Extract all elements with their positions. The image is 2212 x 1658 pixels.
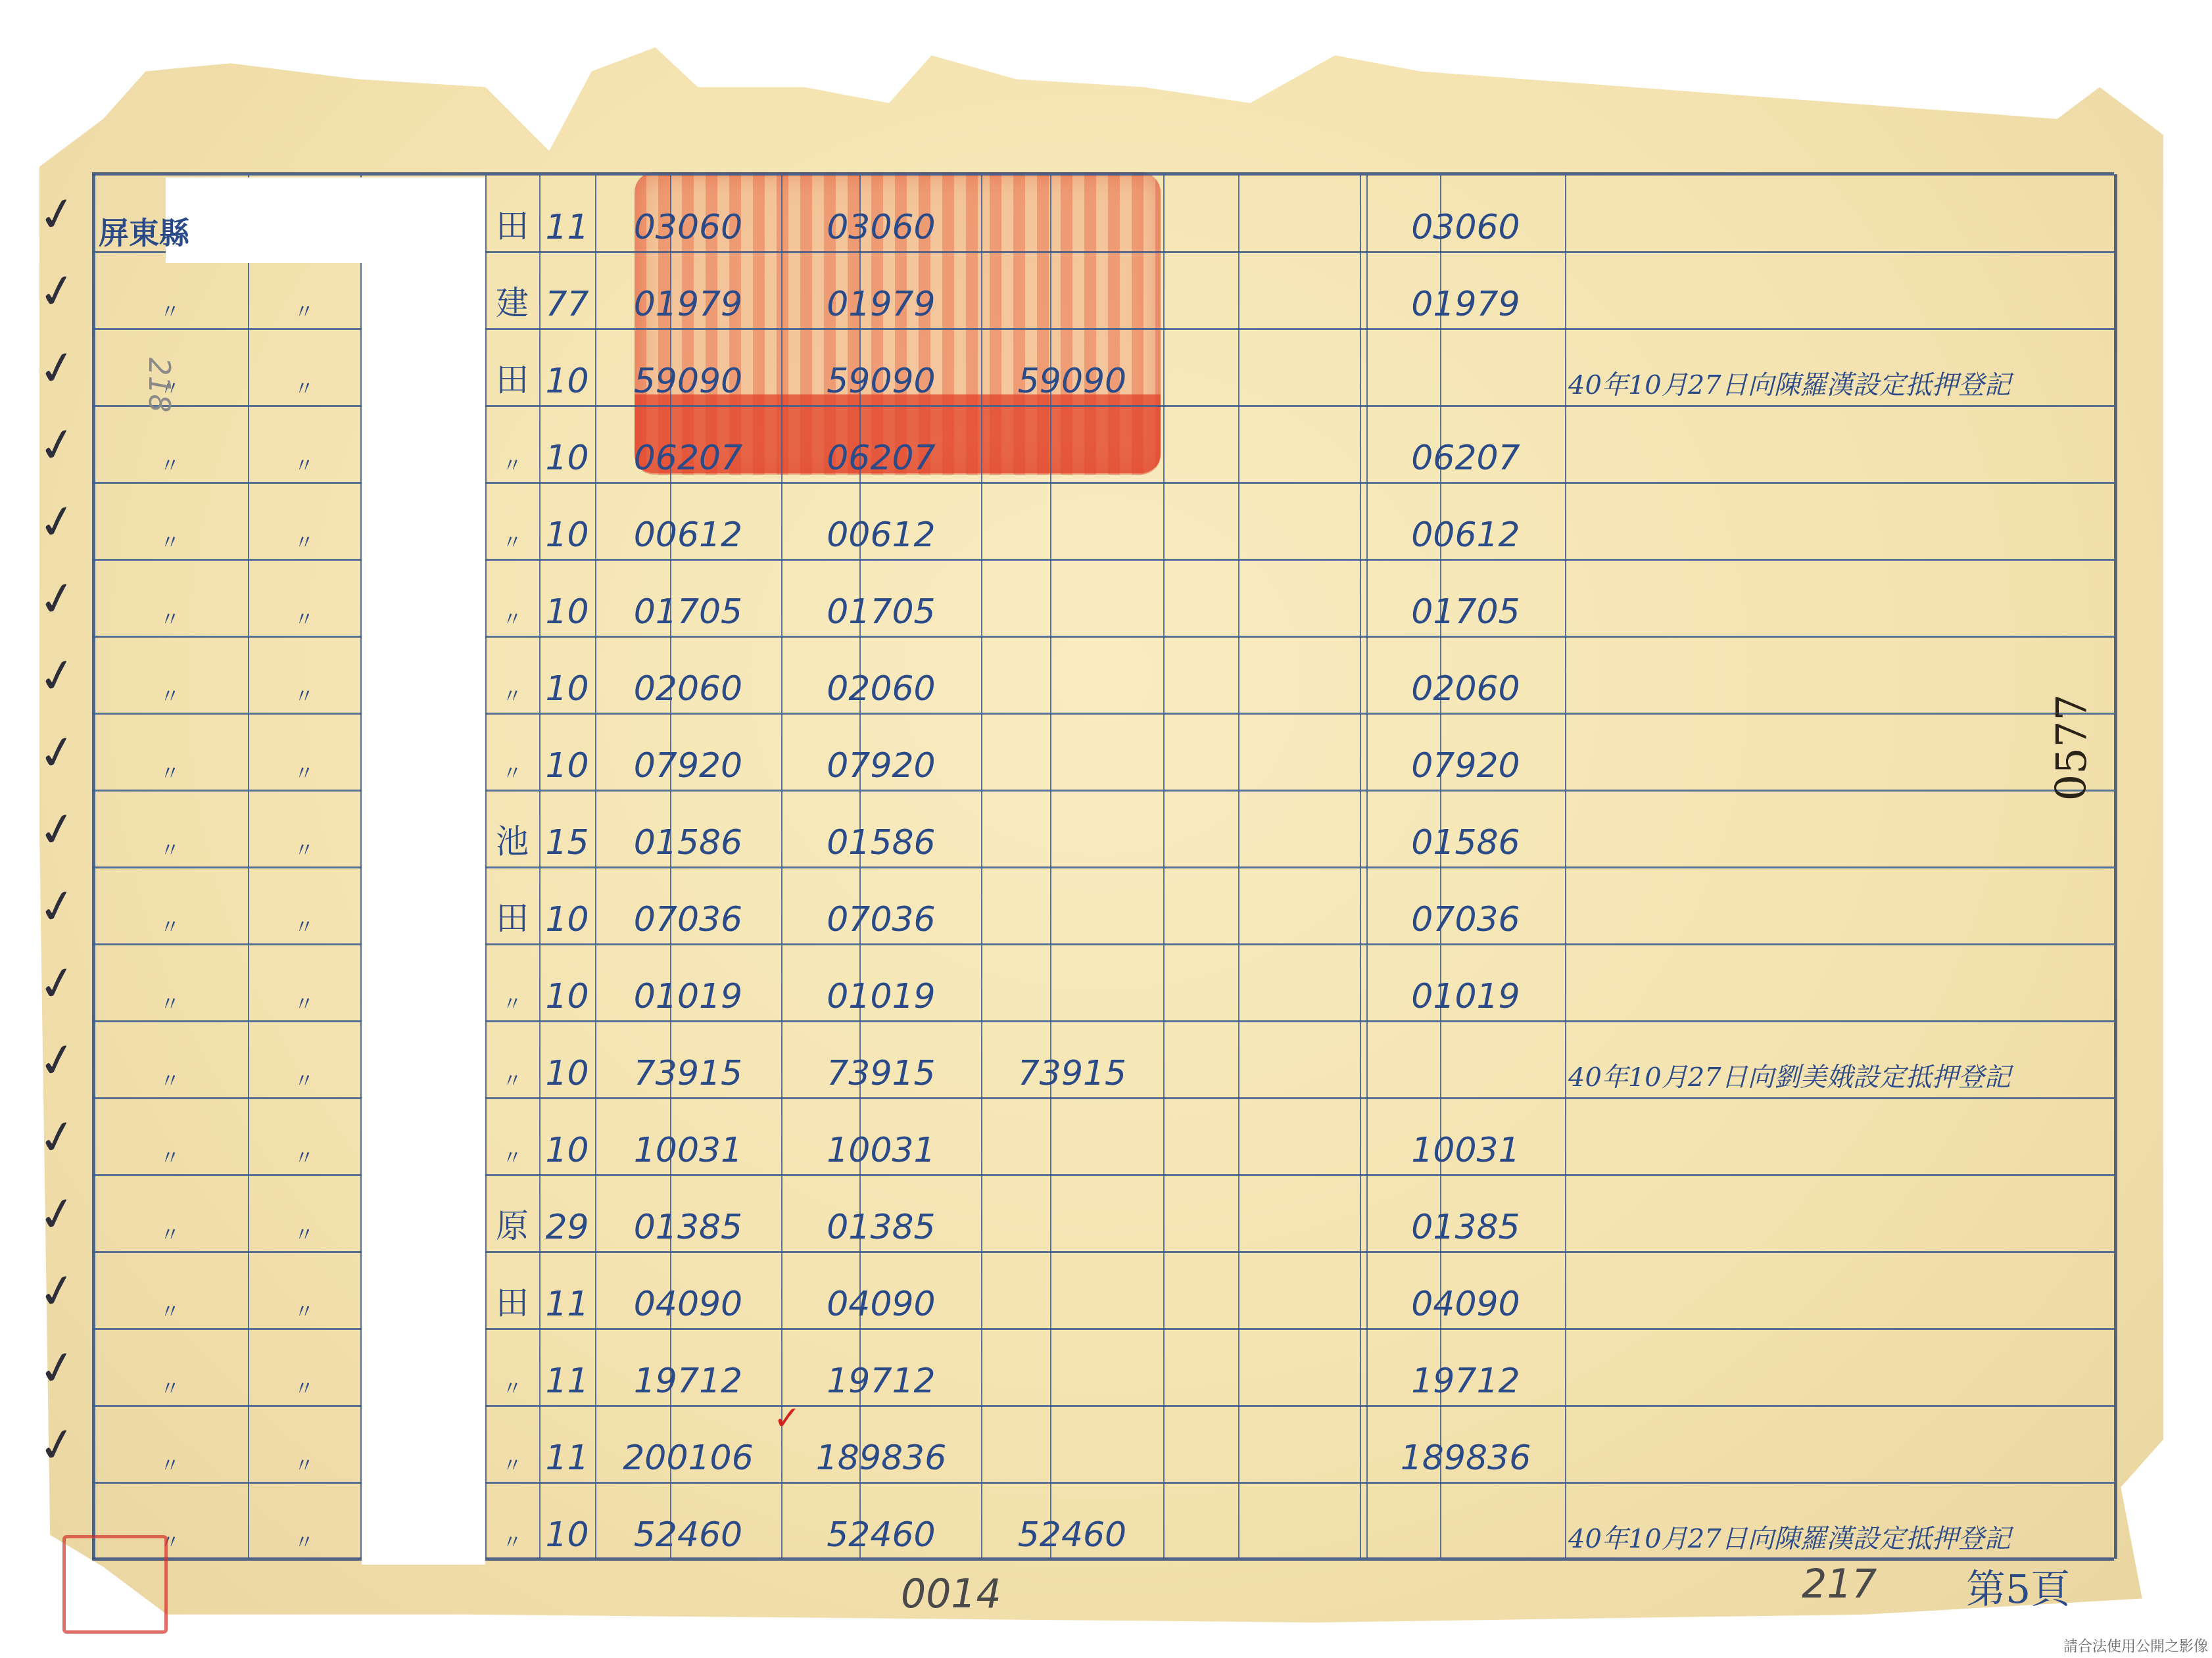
- page-label: 第5頁: [1966, 1558, 2070, 1615]
- cell-final-value: 07036: [1366, 866, 1565, 943]
- cell-final-value: [1366, 1020, 1565, 1097]
- cell-land-char: 〃: [485, 1405, 539, 1482]
- cell-grade: 11: [539, 1405, 595, 1482]
- cell-grade: 29: [539, 1174, 595, 1251]
- pencil-sheet-code: 0014: [901, 1571, 1001, 1617]
- cell-land-char: 原: [485, 1174, 539, 1251]
- cell-col-a: 〃: [92, 713, 248, 790]
- cell-col-b: 〃: [248, 1405, 360, 1482]
- cell-grade: 10: [539, 405, 595, 482]
- cell-final-value: 10031: [1366, 1097, 1565, 1174]
- cell-value-3: [981, 866, 1163, 943]
- cell-col-a: 〃: [92, 1251, 248, 1328]
- cell-value-2: 06207: [781, 405, 981, 482]
- cell-value-2: 01979: [781, 251, 981, 328]
- cell-grade: 10: [539, 1020, 595, 1097]
- cell-land-char: 〃: [485, 713, 539, 790]
- cell-col-a: 〃: [92, 790, 248, 866]
- cell-col-b: 〃: [248, 1328, 360, 1405]
- cell-land-char: 田: [485, 1251, 539, 1328]
- cell-value-1: 73915: [595, 1020, 781, 1097]
- cell-value-3: [981, 713, 1163, 790]
- cell-value-3: 52460: [981, 1482, 1163, 1559]
- cell-col-a: 〃: [92, 559, 248, 636]
- cell-grade: 10: [539, 866, 595, 943]
- cell-value-3: [981, 482, 1163, 559]
- pencil-page-number: 217: [1802, 1561, 1877, 1607]
- cell-land-char: 田: [485, 328, 539, 405]
- cell-land-char: 〃: [485, 943, 539, 1020]
- cell-grade: 10: [539, 636, 595, 713]
- cell-land-char: 建: [485, 251, 539, 328]
- cell-value-2: 00612: [781, 482, 981, 559]
- column-divider: [1565, 174, 1566, 1559]
- cell-col-a: 〃: [92, 482, 248, 559]
- cell-final-value: [1366, 1482, 1565, 1559]
- pencil-margin-note: 218: [142, 358, 176, 413]
- cell-value-1: 07036: [595, 866, 781, 943]
- cell-col-b: 〃: [248, 1097, 360, 1174]
- cell-value-2: 73915: [781, 1020, 981, 1097]
- cell-grade: 10: [539, 328, 595, 405]
- cell-col-a: 〃: [92, 943, 248, 1020]
- cell-value-1: 01705: [595, 559, 781, 636]
- column-divider: [1163, 174, 1165, 1559]
- cell-value-1: 00612: [595, 482, 781, 559]
- cell-value-3: [981, 174, 1163, 251]
- cell-col-b: 〃: [248, 482, 360, 559]
- cell-value-3: [981, 1405, 1163, 1482]
- cell-value-3: 59090: [981, 328, 1163, 405]
- cell-land-char: 田: [485, 866, 539, 943]
- cell-remark: 40年10月27日向劉美娥設定抵押登記: [1568, 1056, 2011, 1094]
- cell-value-1: 01385: [595, 1174, 781, 1251]
- redaction-column: [362, 178, 485, 1565]
- cell-col-b: 〃: [248, 866, 360, 943]
- cell-grade: 10: [539, 559, 595, 636]
- cell-grade: 11: [539, 1328, 595, 1405]
- cell-value-1: 01019: [595, 943, 781, 1020]
- cell-value-2: 189836: [781, 1405, 981, 1482]
- cell-final-value: 02060: [1366, 636, 1565, 713]
- cell-value-2: 04090: [781, 1251, 981, 1328]
- cell-col-a: 〃: [92, 866, 248, 943]
- cell-col-a: 〃: [92, 1020, 248, 1097]
- cell-value-1: 07920: [595, 713, 781, 790]
- red-check-mark: ✓: [773, 1399, 801, 1437]
- cell-col-b: 〃: [248, 790, 360, 866]
- cell-col-b: 〃: [248, 713, 360, 790]
- cell-grade: 15: [539, 790, 595, 866]
- cell-final-value: 01979: [1366, 251, 1565, 328]
- cell-final-value: 06207: [1366, 405, 1565, 482]
- cell-col-b: 〃: [248, 943, 360, 1020]
- cell-remark: 40年10月27日向陳羅漢設定抵押登記: [1568, 1518, 2011, 1555]
- cell-value-2: 07920: [781, 713, 981, 790]
- column-divider: [1238, 174, 1239, 1559]
- cell-value-2: 01385: [781, 1174, 981, 1251]
- cell-final-value: 01586: [1366, 790, 1565, 866]
- cell-value-1: 04090: [595, 1251, 781, 1328]
- cell-value-1: 52460: [595, 1482, 781, 1559]
- cell-grade: 11: [539, 174, 595, 251]
- cell-grade: 10: [539, 1097, 595, 1174]
- cell-value-1: 01586: [595, 790, 781, 866]
- cell-value-3: 73915: [981, 1020, 1163, 1097]
- cell-land-char: 池: [485, 790, 539, 866]
- cell-land-char: 〃: [485, 1097, 539, 1174]
- cell-value-2: 19712: [781, 1328, 981, 1405]
- cell-value-3: [981, 1328, 1163, 1405]
- cell-value-3: [981, 636, 1163, 713]
- cell-final-value: 01385: [1366, 1174, 1565, 1251]
- cell-col-a: 〃: [92, 1405, 248, 1482]
- cell-col-b: 〃: [248, 1174, 360, 1251]
- cell-value-1: 06207: [595, 405, 781, 482]
- cell-value-1: 10031: [595, 1097, 781, 1174]
- cell-col-b: 〃: [248, 1020, 360, 1097]
- cell-final-value: 01705: [1366, 559, 1565, 636]
- cell-value-2: 01019: [781, 943, 981, 1020]
- cell-value-3: [981, 943, 1163, 1020]
- cell-value-2: 02060: [781, 636, 981, 713]
- cell-value-1: 200106: [595, 1405, 781, 1482]
- cell-value-1: 02060: [595, 636, 781, 713]
- cell-col-b: 〃: [248, 405, 360, 482]
- cell-final-value: 00612: [1366, 482, 1565, 559]
- cell-value-2: 01586: [781, 790, 981, 866]
- cell-land-char: 〃: [485, 405, 539, 482]
- cell-final-value: 04090: [1366, 1251, 1565, 1328]
- cell-land-char: 〃: [485, 1020, 539, 1097]
- cell-col-b: 〃: [248, 636, 360, 713]
- cell-grade: 10: [539, 482, 595, 559]
- column-divider: [1360, 174, 1361, 1559]
- cell-final-value: 07920: [1366, 713, 1565, 790]
- cell-value-1: 03060: [595, 174, 781, 251]
- cell-value-3: [981, 405, 1163, 482]
- cell-col-a: 〃: [92, 636, 248, 713]
- cell-land-char: 〃: [485, 482, 539, 559]
- cell-value-2: 01705: [781, 559, 981, 636]
- cell-col-b: 〃: [248, 328, 360, 405]
- cell-value-2: 07036: [781, 866, 981, 943]
- cell-col-a: 〃: [92, 405, 248, 482]
- cell-land-char: 〃: [485, 1328, 539, 1405]
- cell-grade: 10: [539, 943, 595, 1020]
- table-border-right: [2114, 174, 2117, 1559]
- cell-col-a: 〃: [92, 1174, 248, 1251]
- cell-final-value: 19712: [1366, 1328, 1565, 1405]
- cell-remark: 40年10月27日向陳羅漢設定抵押登記: [1568, 364, 2011, 402]
- watermark: 請合法使用公開之影像: [2063, 1635, 2208, 1655]
- cell-grade: 77: [539, 251, 595, 328]
- cell-land-char: 〃: [485, 1482, 539, 1559]
- cell-col-b: 〃: [248, 559, 360, 636]
- cell-value-3: [981, 790, 1163, 866]
- cell-land-char: 〃: [485, 636, 539, 713]
- cell-col-b: 〃: [248, 1251, 360, 1328]
- cell-value-2: 52460: [781, 1482, 981, 1559]
- cell-value-3: [981, 1097, 1163, 1174]
- cell-value-3: [981, 1251, 1163, 1328]
- cell-land-char: 田: [485, 174, 539, 251]
- cell-value-1: 01979: [595, 251, 781, 328]
- cell-value-2: 03060: [781, 174, 981, 251]
- cell-value-2: 10031: [781, 1097, 981, 1174]
- cell-final-value: 03060: [1366, 174, 1565, 251]
- cell-value-3: [981, 1174, 1163, 1251]
- cell-final-value: 01019: [1366, 943, 1565, 1020]
- archive-number: 0577: [2048, 694, 2096, 801]
- cell-grade: 10: [539, 1482, 595, 1559]
- corner-red-stamp: [62, 1535, 168, 1634]
- cell-value-3: [981, 559, 1163, 636]
- cell-value-1: 59090: [595, 328, 781, 405]
- county-header: 屏東縣: [99, 209, 189, 252]
- cell-final-value: 189836: [1366, 1405, 1565, 1482]
- cell-col-b: 〃: [248, 1482, 360, 1559]
- cell-col-a: 〃: [92, 1328, 248, 1405]
- cell-value-2: 59090: [781, 328, 981, 405]
- cell-value-1: 19712: [595, 1328, 781, 1405]
- cell-land-char: 〃: [485, 559, 539, 636]
- cell-final-value: [1366, 328, 1565, 405]
- cell-col-a: 〃: [92, 1097, 248, 1174]
- cell-grade: 11: [539, 1251, 595, 1328]
- cell-grade: 10: [539, 713, 595, 790]
- cell-value-3: [981, 251, 1163, 328]
